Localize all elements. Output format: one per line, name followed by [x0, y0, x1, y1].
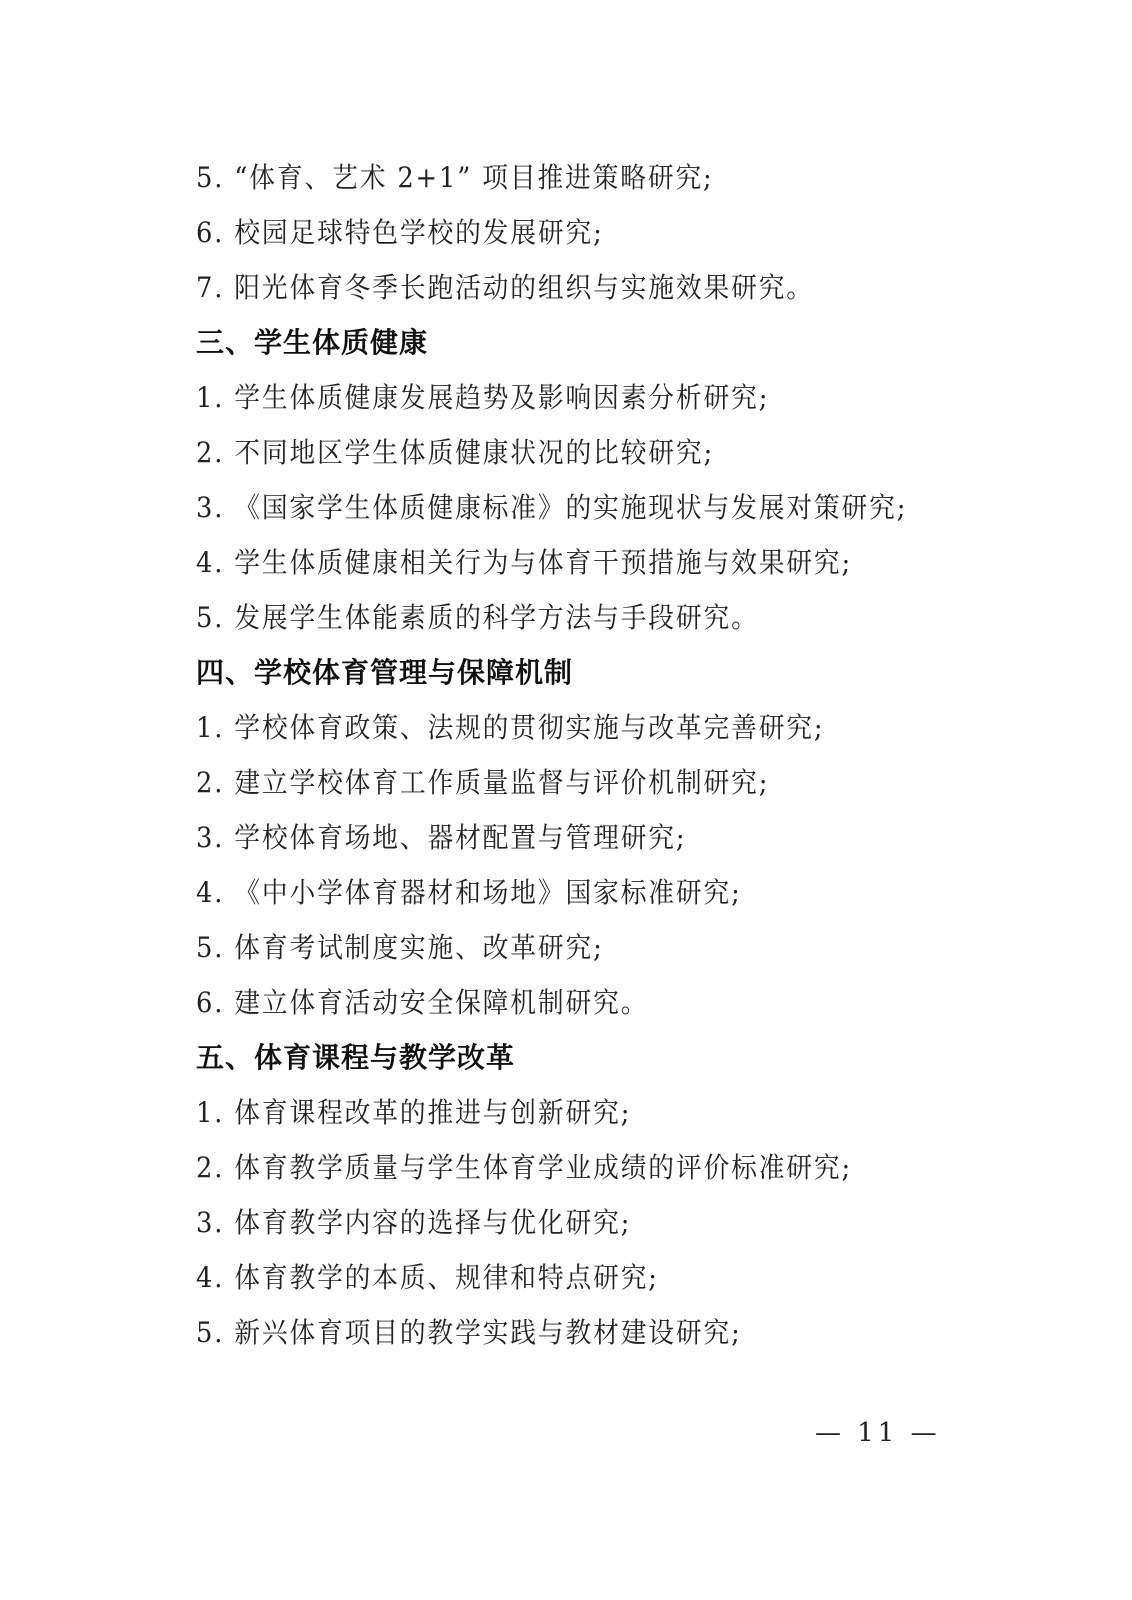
list-item: 2. 建立学校体育工作质量监督与评价机制研究;: [196, 755, 914, 810]
list-item: 5. 体育考试制度实施、改革研究;: [196, 920, 914, 975]
list-item: 1. 学生体质健康发展趋势及影响因素分析研究;: [196, 370, 914, 425]
list-item: 3. 《国家学生体质健康标准》的实施现状与发展对策研究;: [196, 480, 914, 535]
list-item: 2. 不同地区学生体质健康状况的比较研究;: [196, 425, 914, 480]
list-item: 3. 体育教学内容的选择与优化研究;: [196, 1195, 914, 1250]
document-body: 5. “体育、艺术 2+1” 项目推进策略研究; 6. 校园足球特色学校的发展研…: [196, 150, 976, 1360]
document-page: 5. “体育、艺术 2+1” 项目推进策略研究; 6. 校园足球特色学校的发展研…: [0, 0, 1132, 1600]
list-item: 5. 新兴体育项目的教学实践与教材建设研究;: [196, 1305, 914, 1360]
section-heading-management: 四、学校体育管理与保障机制: [196, 645, 976, 700]
list-item: 5. “体育、艺术 2+1” 项目推进策略研究;: [196, 150, 914, 205]
list-item: 4. 《中小学体育器材和场地》国家标准研究;: [196, 865, 914, 920]
list-item: 6. 建立体育活动安全保障机制研究。: [196, 975, 914, 1030]
section-heading-curriculum: 五、体育课程与教学改革: [196, 1030, 976, 1085]
list-item: 1. 学校体育政策、法规的贯彻实施与改革完善研究;: [196, 700, 914, 755]
list-item: 2. 体育教学质量与学生体育学业成绩的评价标准研究;: [196, 1140, 914, 1195]
page-number: — 11 —: [815, 1418, 941, 1448]
list-item: 5. 发展学生体能素质的科学方法与手段研究。: [196, 590, 914, 645]
list-item: 4. 体育教学的本质、规律和特点研究;: [196, 1250, 914, 1305]
list-item: 4. 学生体质健康相关行为与体育干预措施与效果研究;: [196, 535, 914, 590]
section-heading-student-health: 三、学生体质健康: [196, 315, 976, 370]
list-item: 7. 阳光体育冬季长跑活动的组织与实施效果研究。: [196, 260, 914, 315]
list-item: 6. 校园足球特色学校的发展研究;: [196, 205, 914, 260]
list-item: 1. 体育课程改革的推进与创新研究;: [196, 1085, 914, 1140]
list-item: 3. 学校体育场地、器材配置与管理研究;: [196, 810, 914, 865]
